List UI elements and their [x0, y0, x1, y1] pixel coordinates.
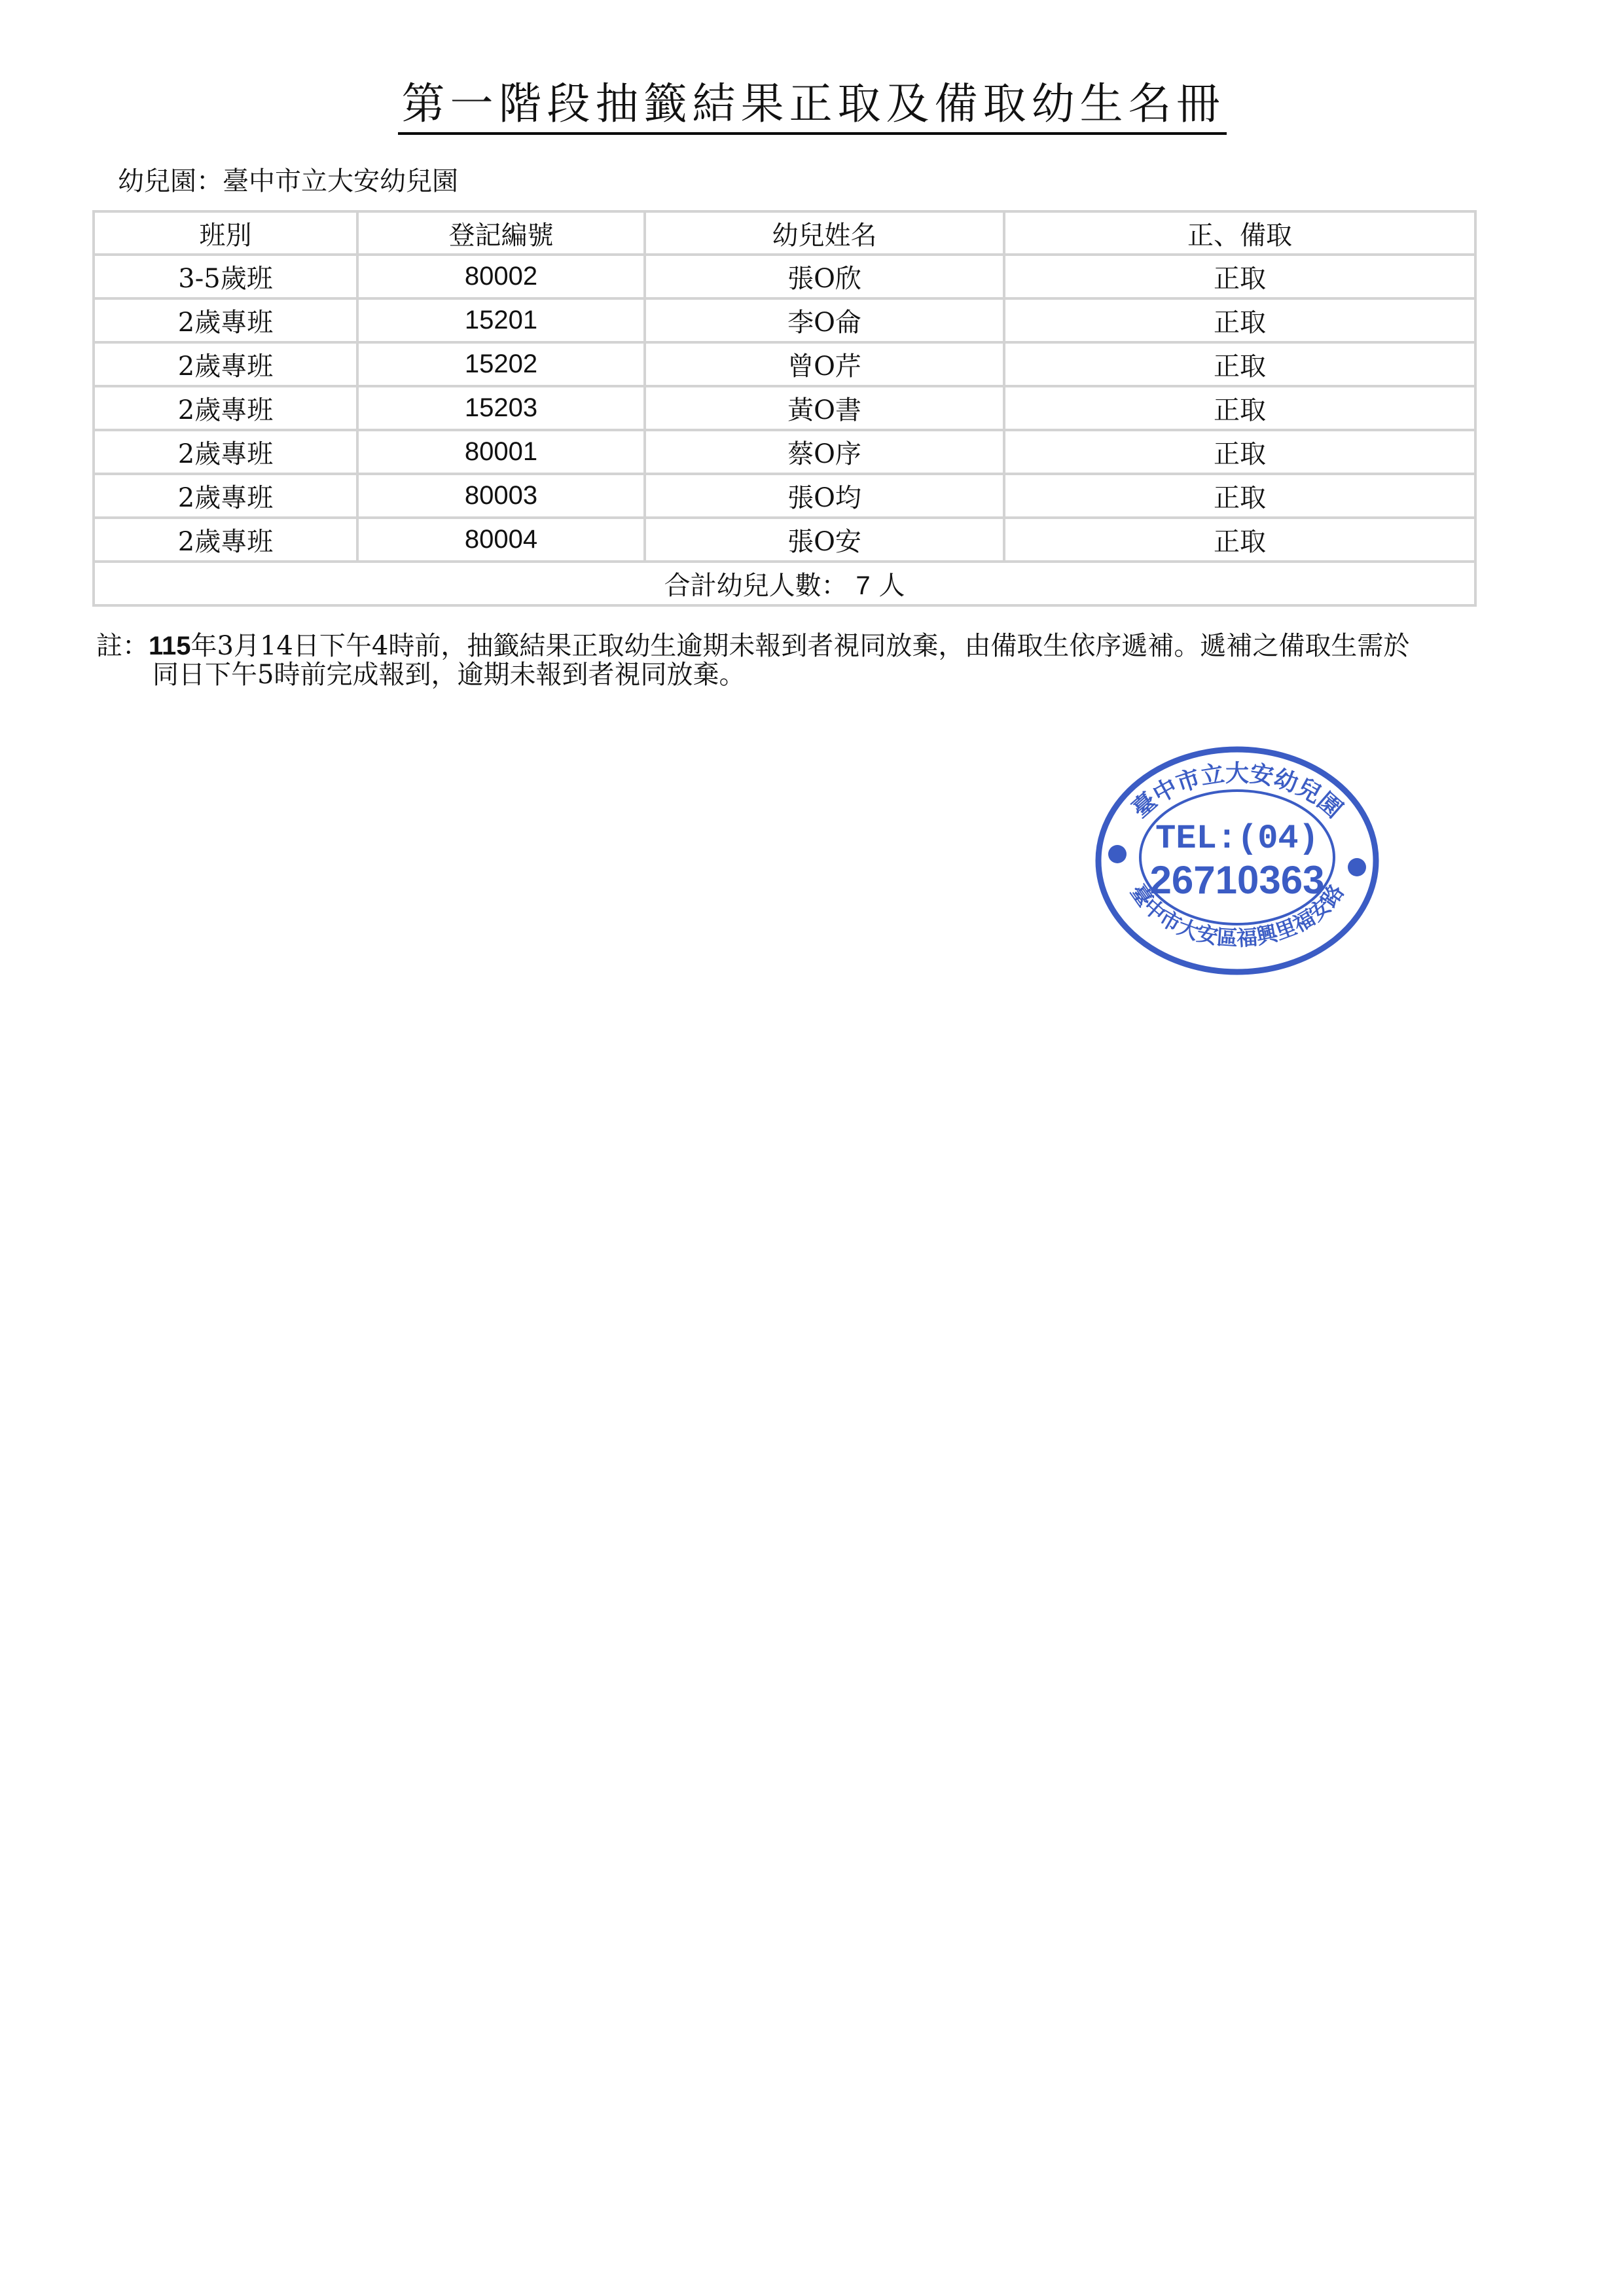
- cell-reg-no: 80003: [357, 474, 645, 518]
- cell-child-name: 張O均: [645, 474, 1004, 518]
- school-line: 幼兒園：臺中市立大安幼兒園: [118, 165, 458, 198]
- note-prefix: 註：: [96, 631, 149, 661]
- cell-child-name: 黃O書: [645, 386, 1004, 430]
- header-status: 正、備取: [1004, 211, 1475, 255]
- cell-status: 正取: [1004, 342, 1475, 386]
- total-label: 合計幼兒人數：: [664, 571, 848, 601]
- cell-reg-no: 80001: [357, 430, 645, 474]
- cell-reg-no: 80004: [357, 518, 645, 562]
- cell-class: 2歲專班: [94, 474, 357, 518]
- cell-status: 正取: [1004, 255, 1475, 298]
- cell-reg-no: 15202: [357, 342, 645, 386]
- roster-table: 班別 登記編號 幼兒姓名 正、備取 3-5歲班80002張O欣正取2歲專班152…: [92, 210, 1477, 607]
- total-count: 7: [856, 571, 870, 600]
- table-row: 2歲專班80003張O均正取: [94, 474, 1475, 518]
- table-row: 3-5歲班80002張O欣正取: [94, 255, 1475, 298]
- cell-status: 正取: [1004, 474, 1475, 518]
- cell-child-name: 張O安: [645, 518, 1004, 562]
- document-title-text: 第一階段抽籤結果正取及備取幼生名冊: [398, 79, 1227, 135]
- table-row: 2歲專班15201李O侖正取: [94, 298, 1475, 342]
- note: 註：115年3月14日下午4時前，抽籤結果正取幼生逾期未報到者視同放棄，由備取生…: [96, 632, 1504, 689]
- table-row: 2歲專班80004張O安正取: [94, 518, 1475, 562]
- cell-child-name: 曾O芹: [645, 342, 1004, 386]
- cell-class: 3-5歲班: [94, 255, 357, 298]
- cell-child-name: 蔡O序: [645, 430, 1004, 474]
- note-year: 115: [149, 632, 191, 660]
- note-line2: 同日下午5時前完成報到，逾期未報到者視同放棄。: [96, 660, 1504, 689]
- header-class: 班別: [94, 211, 357, 255]
- cell-class: 2歲專班: [94, 298, 357, 342]
- cell-class: 2歲專班: [94, 430, 357, 474]
- school-name: 臺中市立大安幼兒園: [223, 166, 458, 196]
- cell-status: 正取: [1004, 518, 1475, 562]
- cell-status: 正取: [1004, 386, 1475, 430]
- cell-child-name: 張O欣: [645, 255, 1004, 298]
- total-row: 合計幼兒人數： 7 人: [94, 562, 1475, 605]
- document-title: 第一階段抽籤結果正取及備取幼生名冊: [0, 79, 1624, 135]
- cell-class: 2歲專班: [94, 518, 357, 562]
- svg-text:TEL:(04): TEL:(04): [1155, 819, 1319, 858]
- cell-class: 2歲專班: [94, 386, 357, 430]
- note-line1: 年3月14日下午4時前，抽籤結果正取幼生逾期未報到者視同放棄，由備取生依序遞補。…: [191, 631, 1410, 661]
- cell-class: 2歲專班: [94, 342, 357, 386]
- cell-status: 正取: [1004, 298, 1475, 342]
- cell-reg-no: 80002: [357, 255, 645, 298]
- svg-text:26710363: 26710363: [1150, 858, 1325, 902]
- table-header-row: 班別 登記編號 幼兒姓名 正、備取: [94, 211, 1475, 255]
- table-row: 2歲專班15202曾O芹正取: [94, 342, 1475, 386]
- official-seal-stamp: TEL:(04) 26710363 臺中市立大安幼兒園 臺中市大安區福興里福安路: [1090, 740, 1384, 982]
- cell-reg-no: 15201: [357, 298, 645, 342]
- cell-reg-no: 15203: [357, 386, 645, 430]
- total-unit: 人: [878, 571, 905, 601]
- total-cell: 合計幼兒人數： 7 人: [94, 562, 1475, 605]
- cell-status: 正取: [1004, 430, 1475, 474]
- school-label: 幼兒園：: [118, 166, 223, 196]
- header-child-name: 幼兒姓名: [645, 211, 1004, 255]
- cell-child-name: 李O侖: [645, 298, 1004, 342]
- table-row: 2歲專班15203黃O書正取: [94, 386, 1475, 430]
- header-reg-no: 登記編號: [357, 211, 645, 255]
- table-row: 2歲專班80001蔡O序正取: [94, 430, 1475, 474]
